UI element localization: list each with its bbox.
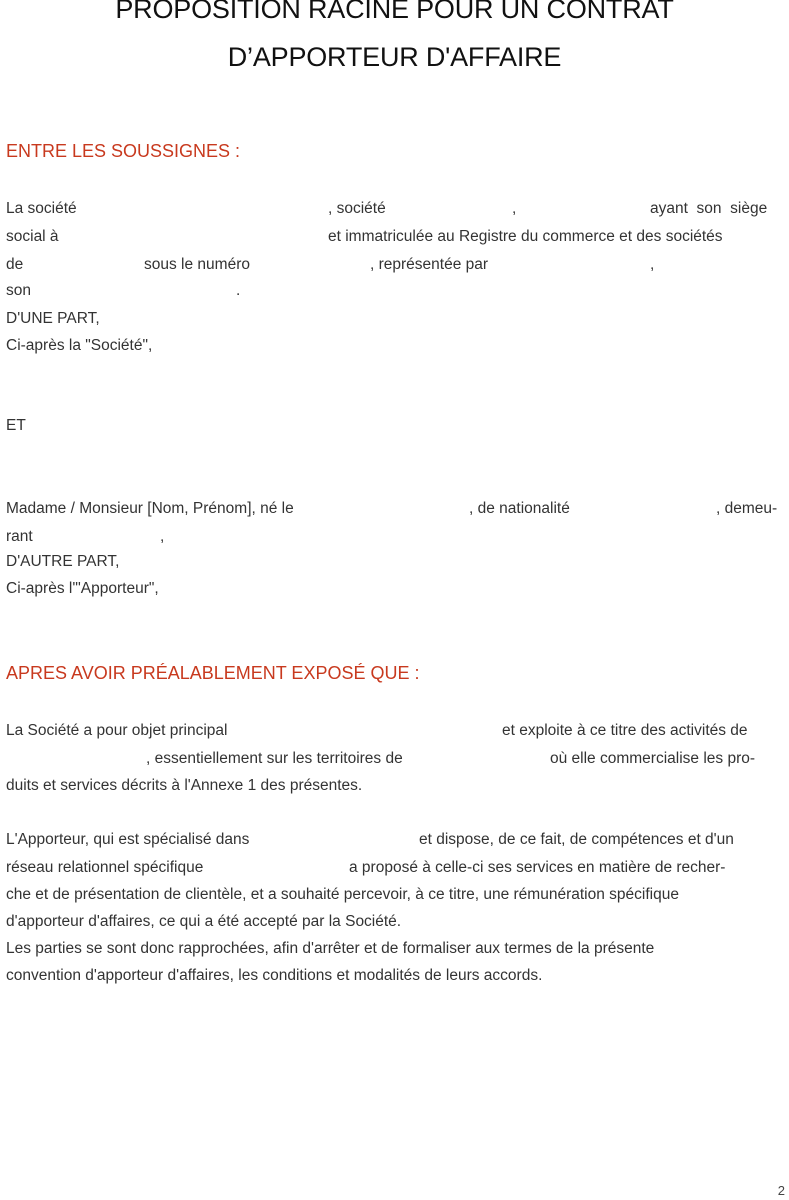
- expose-p2-line-3: che et de présentation de clientèle, et …: [6, 886, 679, 904]
- societe-line-1b: , société: [328, 200, 386, 218]
- societe-line-2a: social à: [6, 228, 59, 246]
- et-separator: ET: [6, 417, 26, 435]
- societe-line-3b: sous le numéro: [144, 256, 250, 274]
- expose-p2-line-1b: et dispose, de ce fait, de compétences e…: [419, 831, 734, 849]
- section-heading-parties: ENTRE LES SOUSSIGNES :: [6, 141, 240, 162]
- expose-p2-line-2a: réseau relationnel spécifique: [6, 859, 203, 877]
- document-title-line-2: D’APPORTEUR D'AFFAIRE: [0, 42, 789, 73]
- page-number: 2: [778, 1183, 785, 1198]
- expose-p1-line-2b: où elle commercialise les pro-: [550, 750, 755, 768]
- expose-p1-line-1b: et exploite à ce titre des activités de: [502, 722, 748, 740]
- expose-p3-line-1: Les parties se sont donc rapprochées, af…: [6, 940, 654, 958]
- apporteur-line-2a: rant: [6, 528, 33, 546]
- section-heading-expose: APRES AVOIR PRÉALABLEMENT EXPOSÉ QUE :: [6, 663, 419, 684]
- expose-p2-line-2b: a proposé à celle-ci ses services en mat…: [349, 859, 725, 877]
- societe-line-1c: ,: [512, 200, 516, 218]
- expose-p2-line-1a: L'Apporteur, qui est spécialisé dans: [6, 831, 249, 849]
- document-title-line-1: PROPOSITION RACINE POUR UN CONTRAT: [0, 0, 789, 25]
- apporteur-line-1b: , de nationalité: [469, 500, 570, 518]
- societe-line-3a: de: [6, 256, 23, 274]
- apporteur-line-1a: Madame / Monsieur [Nom, Prénom], né le: [6, 500, 294, 518]
- societe-line-2b: et immatriculée au Registre du commerce …: [328, 228, 723, 246]
- apporteur-line-1c: , demeu-: [716, 500, 777, 518]
- societe-part-label: D'UNE PART,: [6, 310, 100, 328]
- apporteur-designation: Ci-après l'"Apporteur",: [6, 580, 159, 598]
- apporteur-line-2b: ,: [160, 528, 164, 546]
- expose-p2-line-4: d'apporteur d'affaires, ce qui a été acc…: [6, 913, 401, 931]
- expose-p1-line-1a: La Société a pour objet principal: [6, 722, 227, 740]
- expose-p3-line-2: convention d'apporteur d'affaires, les c…: [6, 967, 542, 985]
- societe-line-1d: ayant son siège: [650, 200, 767, 218]
- societe-line-1a: La société: [6, 200, 77, 218]
- apporteur-part-label: D'AUTRE PART,: [6, 553, 120, 571]
- expose-p1-line-2a: , essentiellement sur les territoires de: [146, 750, 403, 768]
- societe-designation: Ci-après la "Société",: [6, 337, 152, 355]
- expose-p1-line-3: duits et services décrits à l'Annexe 1 d…: [6, 777, 362, 795]
- societe-line-4a: son: [6, 282, 31, 300]
- societe-line-3d: ,: [650, 256, 654, 274]
- societe-line-3c: , représentée par: [370, 256, 488, 274]
- societe-line-4b: .: [236, 282, 240, 300]
